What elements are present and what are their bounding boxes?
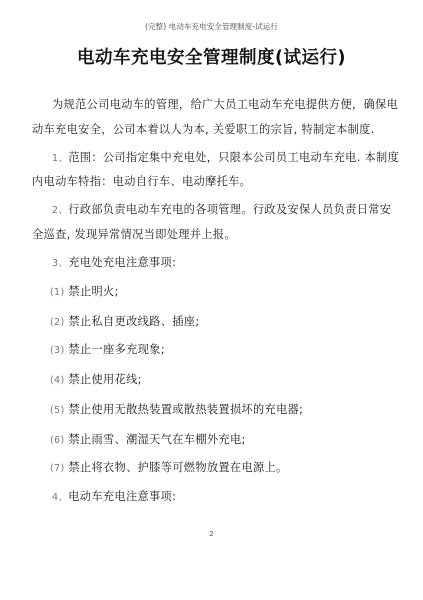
running-header: (完整) 电动车充电安全管理制度-试运行 bbox=[0, 21, 423, 32]
item-number: (6) bbox=[50, 435, 65, 446]
list-item: (1) 禁止明火; bbox=[50, 284, 412, 301]
section-2-text: 行政部负责电动车充电的各项管理。行政及安保人员负责日常安 bbox=[68, 203, 391, 216]
list-item: (3) 禁止一座多充现象; bbox=[50, 342, 412, 359]
item-number: (1) bbox=[50, 287, 65, 298]
item-text: 禁止一座多充现象; bbox=[68, 343, 164, 356]
section-4-text: 电动车充电注意事项: bbox=[68, 490, 176, 503]
item-text: 禁止将衣物、护膝等可燃物放置在电源上。 bbox=[68, 461, 287, 474]
list-item: (6) 禁止雨雪、潮湿天气在车棚外充电; bbox=[50, 432, 412, 449]
item-number: (7) bbox=[50, 463, 65, 474]
section-3-number: 3、 bbox=[52, 258, 68, 269]
list-item: (4) 禁止使用花线; bbox=[50, 372, 412, 389]
document-title: 电动车充电安全管理制度(试运行) bbox=[0, 44, 423, 69]
section-3-heading: 3、充电处充电注意事项: bbox=[52, 255, 414, 272]
item-text: 禁止私自更改线路、插座; bbox=[68, 315, 199, 328]
item-text: 禁止明火; bbox=[68, 285, 118, 298]
intro-line-2: 动车充电安全，公司本着以人为本, 关爱职工的宗旨, 特制定本制度. bbox=[32, 122, 394, 138]
list-item: (2) 禁止私自更改线路、插座; bbox=[50, 314, 412, 331]
item-text: 禁止雨雪、潮湿天气在车棚外充电; bbox=[68, 433, 245, 446]
section-3-text: 充电处充电注意事项: bbox=[68, 256, 176, 269]
item-number: (2) bbox=[50, 317, 65, 328]
section-1-number: 1、 bbox=[52, 153, 68, 164]
item-number: (5) bbox=[50, 405, 65, 416]
section-1-line-2: 内电动车特指：电动自行车、电动摩托车。 bbox=[32, 174, 394, 190]
section-4-heading: 4、电动车充电注意事项: bbox=[52, 489, 414, 506]
list-item: (7) 禁止将衣物、护膝等可燃物放置在电源上。 bbox=[50, 460, 412, 477]
intro-line-1: 为规范公司电动车的管理，给广大员工电动车充电提供方便，确保电 bbox=[52, 97, 414, 113]
document-page: (完整) 电动车充电安全管理制度-试运行 电动车充电安全管理制度(试运行) 为规… bbox=[0, 0, 423, 600]
section-2-line-2: 全巡查, 发现异常情况当即处理并上报。 bbox=[32, 227, 394, 243]
section-1-line-1: 1、范围：公司指定集中充电处，只限本公司员工电动车充电. 本制度 bbox=[52, 150, 414, 167]
page-number: 2 bbox=[0, 530, 423, 538]
section-4-number: 4、 bbox=[52, 492, 68, 503]
section-1-text: 范围：公司指定集中充电处，只限本公司员工电动车充电. 本制度 bbox=[68, 151, 399, 164]
section-2-number: 2、 bbox=[52, 205, 68, 216]
item-text: 禁止使用无散热装置或散热装置损坏的充电器; bbox=[68, 403, 303, 416]
section-2-line-1: 2、行政部负责电动车充电的各项管理。行政及安保人员负责日常安 bbox=[52, 202, 414, 219]
item-text: 禁止使用花线; bbox=[68, 373, 141, 386]
item-number: (4) bbox=[50, 375, 65, 386]
list-item: (5) 禁止使用无散热装置或散热装置损坏的充电器; bbox=[50, 402, 412, 419]
item-number: (3) bbox=[50, 345, 65, 356]
